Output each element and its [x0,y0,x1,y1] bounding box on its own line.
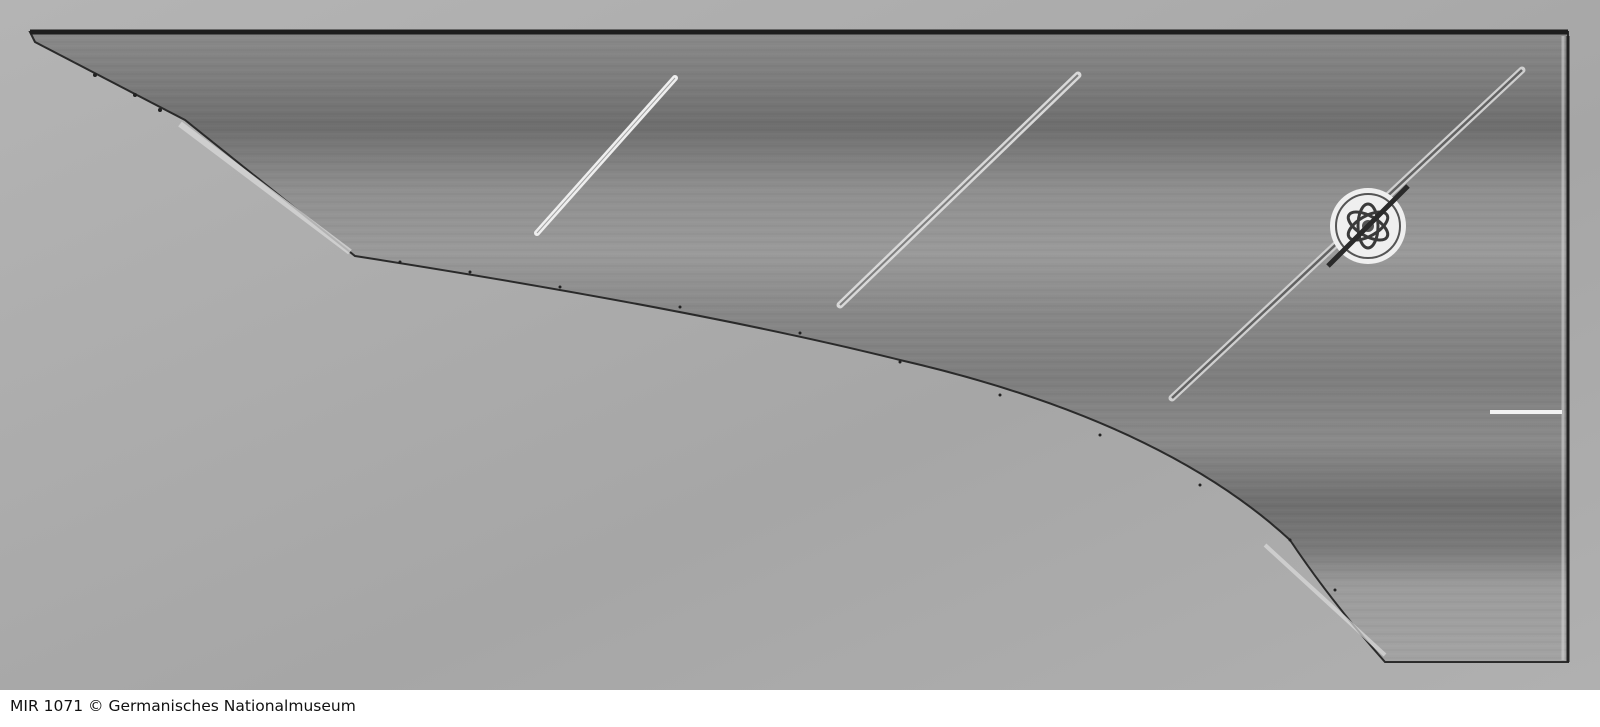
soundboard-illustration [0,0,1600,690]
soundboard-photo [0,0,1600,690]
image-caption: MIR 1071 © Germanisches Nationalmuseum [10,690,356,727]
